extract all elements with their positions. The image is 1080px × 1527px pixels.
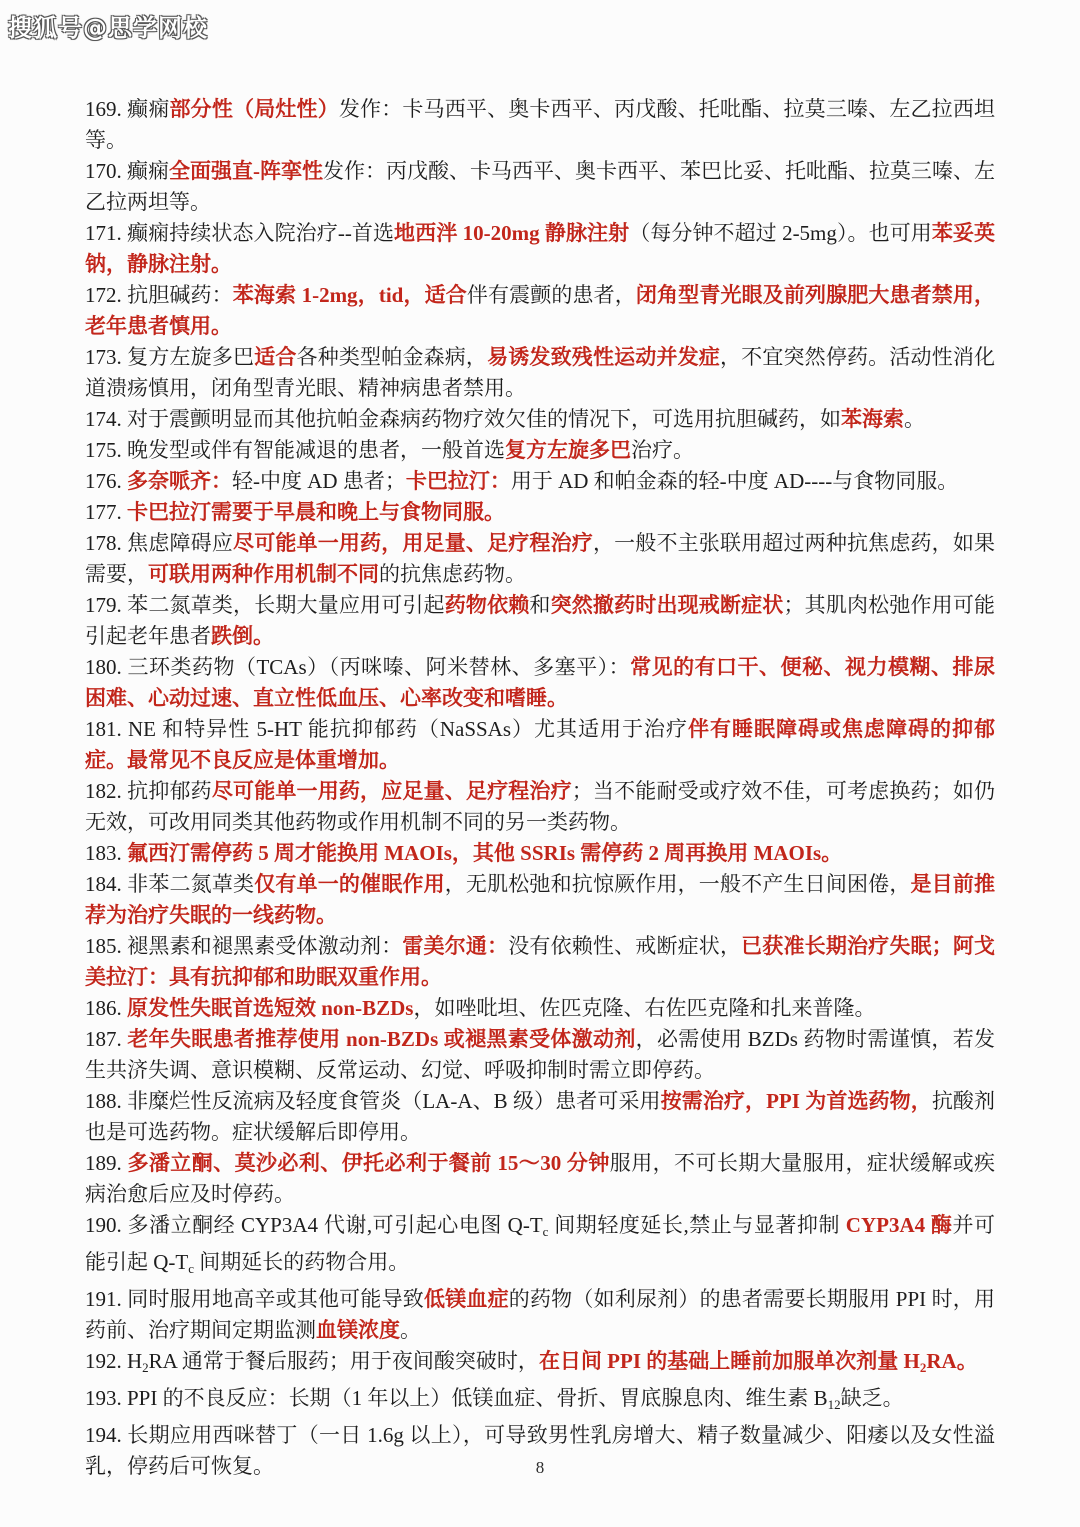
body-text: 174. 对于震颤明显而其他抗帕金森病药物疗效欠佳的情况下，可选用抗胆碱药，如 bbox=[85, 407, 841, 431]
highlighted-text: 雷美尔通： bbox=[402, 934, 508, 958]
body-text: 178. 焦虑障碍应 bbox=[85, 531, 233, 555]
list-item: 175. 晚发型或伴有智能减退的患者，一般首选复方左旋多巴治疗。 bbox=[85, 435, 995, 466]
highlighted-text: 原发性失眠首选短效 non-BZDs bbox=[127, 996, 413, 1020]
list-item: 178. 焦虑障碍应尽可能单一用药，用足量、足疗程治疗，一般不主张联用超过两种抗… bbox=[85, 528, 995, 590]
highlighted-text: RA。 bbox=[926, 1349, 977, 1373]
highlighted-text: 部分性（局灶性） bbox=[170, 97, 339, 121]
body-text: 181. NE 和特异性 5-HT 能抗抑郁药（NaSSAs）尤其适用于治疗 bbox=[85, 717, 688, 741]
highlighted-text: CYP3A4 酶 bbox=[846, 1213, 953, 1237]
body-text: 191. 同时服用地高辛或其他可能导致 bbox=[85, 1287, 424, 1311]
body-text: 189. bbox=[85, 1151, 127, 1175]
list-item: 183. 氟西汀需停药 5 周才能换用 MAOIs，其他 SSRIs 需停药 2… bbox=[85, 838, 995, 869]
doc-list: 169. 癫痫部分性（局灶性）发作：卡马西平、奥卡西平、丙戊酸、托吡酯、拉莫三嗪… bbox=[85, 94, 995, 1482]
list-item: 177. 卡巴拉汀需要于早晨和晚上与食物同服。 bbox=[85, 497, 995, 528]
list-item: 182. 抗抑郁药尽可能单一用药，应足量、足疗程治疗；当不能耐受或疗效不佳，可考… bbox=[85, 776, 995, 838]
list-item: 172. 抗胆碱药：苯海索 1-2mg，tid，适合伴有震颤的患者，闭角型青光眼… bbox=[85, 280, 995, 342]
highlighted-text: 老年失眠患者推荐使用 non-BZDs 或褪黑素受体激动剂 bbox=[127, 1027, 635, 1051]
list-item: 191. 同时服用地高辛或其他可能导致低镁血症的药物（如利尿剂）的患者需要长期服… bbox=[85, 1284, 995, 1346]
body-text: （每分钟不超过 2-5mg）。也可用 bbox=[629, 221, 932, 245]
list-item: 187. 老年失眠患者推荐使用 non-BZDs 或褪黑素受体激动剂，必需使用 … bbox=[85, 1024, 995, 1086]
highlighted-text: 苯海索 1-2mg，tid，适合 bbox=[233, 283, 467, 307]
highlighted-text: 可联用两种作用机制不同 bbox=[148, 562, 379, 586]
highlighted-text: 血镁浓度 bbox=[316, 1318, 400, 1342]
body-text: 12 bbox=[828, 1397, 841, 1412]
body-text: 缺乏。 bbox=[841, 1386, 904, 1410]
body-text: 轻-中度 AD 患者； bbox=[232, 469, 406, 493]
highlighted-text: 多奈哌齐： bbox=[127, 469, 232, 493]
highlighted-text: 卡巴拉汀： bbox=[406, 469, 511, 493]
watermark: 搜狐号@思学网校 bbox=[8, 8, 208, 43]
list-item: 186. 原发性失眠首选短效 non-BZDs，如唑吡坦、佐匹克隆、右佐匹克隆和… bbox=[85, 993, 995, 1024]
body-text: 185. 褪黑素和褪黑素受体激动剂： bbox=[85, 934, 402, 958]
list-item: 188. 非糜烂性反流病及轻度食管炎（LA-A、B 级）患者可采用按需治疗，PP… bbox=[85, 1086, 995, 1148]
body-text: 170. 癫痫 bbox=[85, 159, 169, 183]
body-text: 193. PPI 的不良反应：长期（1 年以上）低镁血症、骨折、胃底腺息肉、维生… bbox=[85, 1386, 828, 1410]
body-text: 的抗焦虑药物。 bbox=[379, 562, 526, 586]
highlighted-text: 跌倒。 bbox=[211, 624, 274, 648]
body-text: 184. 非苯二氮䓬类 bbox=[85, 872, 254, 896]
body-text: 176. bbox=[85, 469, 127, 493]
highlighted-text: 适合 bbox=[254, 345, 296, 369]
body-text: ，无肌松弛和抗惊厥作用，一般不产生日间困倦， bbox=[445, 872, 911, 896]
list-item: 173. 复方左旋多巴适合各种类型帕金森病，易诱发致残性运动并发症，不宜突然停药… bbox=[85, 342, 995, 404]
highlighted-text: 药物依赖 bbox=[445, 593, 530, 617]
body-text: ，如唑吡坦、佐匹克隆、右佐匹克隆和扎来普隆。 bbox=[413, 996, 875, 1020]
highlighted-text: 尽可能单一用药，用足量、足疗程治疗 bbox=[233, 531, 593, 555]
body-text: 没有依赖性、戒断症状， bbox=[508, 934, 741, 958]
body-text: 间期延长的药物合用。 bbox=[194, 1250, 409, 1274]
highlighted-text: 多潘立酮、莫沙必利、伊托必利于餐前 15～30 分钟 bbox=[127, 1151, 609, 1175]
list-item: 185. 褪黑素和褪黑素受体激动剂：雷美尔通：没有依赖性、戒断症状，已获准长期治… bbox=[85, 931, 995, 993]
body-text: 和 bbox=[529, 593, 550, 617]
body-text: 188. 非糜烂性反流病及轻度食管炎（LA-A、B 级）患者可采用 bbox=[85, 1089, 661, 1113]
highlighted-text: 低镁血症 bbox=[424, 1287, 509, 1311]
body-text: 伴有震颤的患者， bbox=[467, 283, 636, 307]
body-text: 各种类型帕金森病， bbox=[297, 345, 488, 369]
list-item: 171. 癫痫持续状态入院治疗--首选地西泮 10-20mg 静脉注射（每分钟不… bbox=[85, 218, 995, 280]
highlighted-text: 按需治疗，PPI 为首选药物， bbox=[661, 1089, 932, 1113]
body-text: 治疗。 bbox=[631, 438, 694, 462]
list-item: 169. 癫痫部分性（局灶性）发作：卡马西平、奥卡西平、丙戊酸、托吡酯、拉莫三嗪… bbox=[85, 94, 995, 156]
list-item: 190. 多潘立酮经 CYP3A4 代谢,可引起心电图 Q-Tc 间期轻度延长,… bbox=[85, 1210, 995, 1284]
body-text: 182. 抗抑郁药 bbox=[85, 779, 212, 803]
list-item: 179. 苯二氮䓬类，长期大量应用可引起药物依赖和突然撤药时出现戒断症状；其肌肉… bbox=[85, 590, 995, 652]
list-item: 176. 多奈哌齐：轻-中度 AD 患者；卡巴拉汀：用于 AD 和帕金森的轻-中… bbox=[85, 466, 995, 497]
list-item: 189. 多潘立酮、莫沙必利、伊托必利于餐前 15～30 分钟服用，不可长期大量… bbox=[85, 1148, 995, 1210]
list-item: 193. PPI 的不良反应：长期（1 年以上）低镁血症、骨折、胃底腺息肉、维生… bbox=[85, 1383, 995, 1420]
body-text: 172. 抗胆碱药： bbox=[85, 283, 233, 307]
highlighted-text: 易诱发致残性运动并发症 bbox=[487, 345, 720, 369]
highlighted-text: 尽可能单一用药，应足量、足疗程治疗 bbox=[212, 779, 572, 803]
body-text: 179. 苯二氮䓬类，长期大量应用可引起 bbox=[85, 593, 445, 617]
list-item: 184. 非苯二氮䓬类仅有单一的催眠作用，无肌松弛和抗惊厥作用，一般不产生日间困… bbox=[85, 869, 995, 931]
highlighted-text: 在日间 PPI 的基础上睡前加服单次剂量 H bbox=[539, 1349, 920, 1373]
body-text: 177. bbox=[85, 500, 127, 524]
body-text: 间期轻度延长,禁止与显著抑制 bbox=[548, 1213, 845, 1237]
body-text: 187. bbox=[85, 1027, 127, 1051]
body-text: 180. 三环类药物（TCAs）（丙咪嗪、阿米替林、多塞平）： bbox=[85, 655, 630, 679]
list-item: 174. 对于震颤明显而其他抗帕金森病药物疗效欠佳的情况下，可选用抗胆碱药，如苯… bbox=[85, 404, 995, 435]
highlighted-text: 卡巴拉汀需要于早晨和晚上与食物同服。 bbox=[127, 500, 505, 524]
body-text: 190. 多潘立酮经 CYP3A4 代谢,可引起心电图 Q-T bbox=[85, 1213, 543, 1237]
body-text: 171. 癫痫持续状态入院治疗--首选 bbox=[85, 221, 394, 245]
body-text: 192. H bbox=[85, 1349, 142, 1373]
body-text: 183. bbox=[85, 841, 127, 865]
highlighted-text: 氟西汀需停药 5 周才能换用 MAOIs，其他 SSRIs 需停药 2 周再换用… bbox=[127, 841, 842, 865]
list-item: 192. H2RA 通常于餐后服药；用于夜间酸突破时，在日间 PPI 的基础上睡… bbox=[85, 1346, 995, 1383]
highlighted-text: 突然撤药时出现戒断症状 bbox=[551, 593, 784, 617]
highlighted-text: 地西泮 10-20mg 静脉注射 bbox=[394, 221, 629, 245]
body-text: 173. 复方左旋多巴 bbox=[85, 345, 254, 369]
page-number: 8 bbox=[0, 1458, 1080, 1478]
body-text: 用于 AD 和帕金森的轻-中度 AD----与食物同服。 bbox=[511, 469, 958, 493]
list-item: 170. 癫痫全面强直-阵挛性发作：丙戊酸、卡马西平、奥卡西平、苯巴比妥、托吡酯… bbox=[85, 156, 995, 218]
body-text: 175. 晚发型或伴有智能减退的患者，一般首选 bbox=[85, 438, 505, 462]
body-text: 186. bbox=[85, 996, 127, 1020]
highlighted-text: 仅有单一的催眠作用 bbox=[254, 872, 445, 896]
body-text: RA 通常于餐后服药；用于夜间酸突破时， bbox=[149, 1349, 539, 1373]
body-text: 。 bbox=[904, 407, 925, 431]
highlighted-text: 复方左旋多巴 bbox=[505, 438, 631, 462]
list-item: 180. 三环类药物（TCAs）（丙咪嗪、阿米替林、多塞平）：常见的有口干、便秘… bbox=[85, 652, 995, 714]
body-text: 169. 癫痫 bbox=[85, 97, 170, 121]
list-item: 181. NE 和特异性 5-HT 能抗抑郁药（NaSSAs）尤其适用于治疗伴有… bbox=[85, 714, 995, 776]
body-text: 。 bbox=[400, 1318, 421, 1342]
highlighted-text: 苯海索 bbox=[841, 407, 904, 431]
highlighted-text: 全面强直-阵挛性 bbox=[169, 159, 323, 183]
